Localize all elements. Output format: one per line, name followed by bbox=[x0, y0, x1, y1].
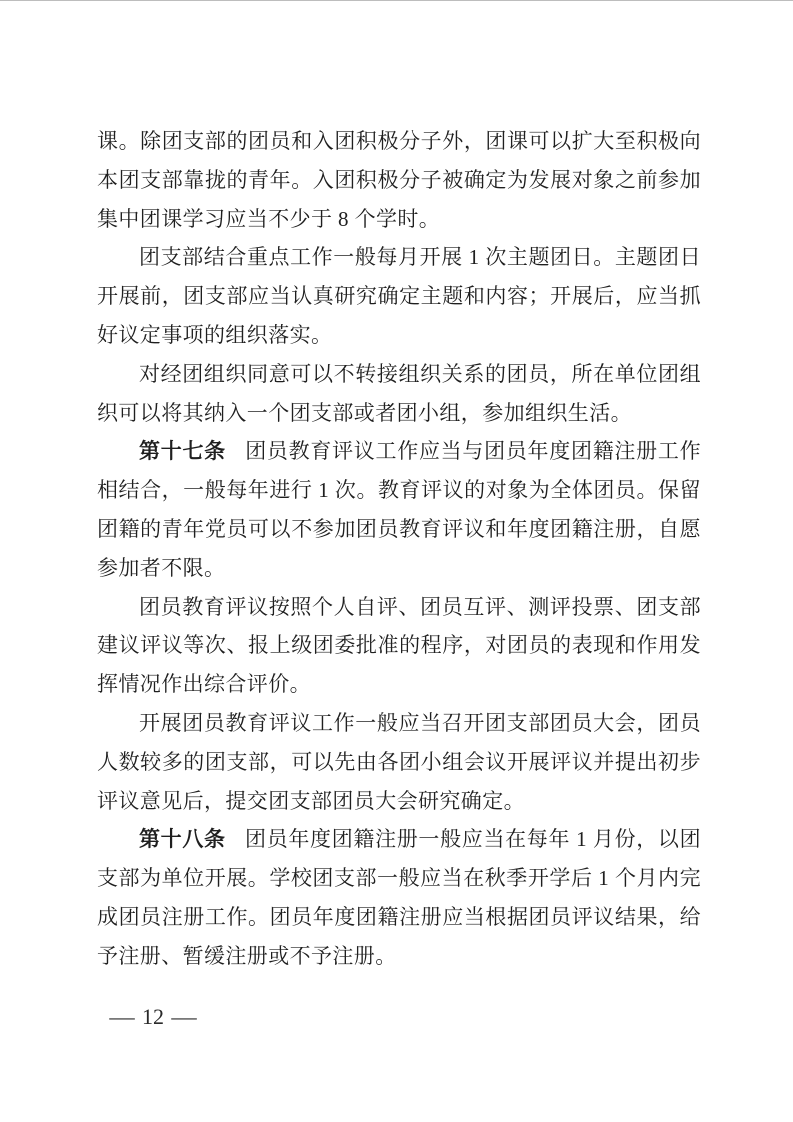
page-footer: — 12 — bbox=[111, 1001, 195, 1033]
article-number: 第十七条 bbox=[139, 439, 245, 463]
scan-edge-artifact bbox=[0, 0, 793, 1]
paragraph-text: 团支部结合重点工作一般每月开展 1 次主题团日。主题团日开展前，团支部应当认真研… bbox=[97, 245, 701, 347]
footer-dash-right: — bbox=[171, 1001, 196, 1033]
paragraph: 团员教育评议按照个人自评、团员互评、测评投票、团支部建议评议等次、报上级团委批准… bbox=[97, 588, 701, 704]
paragraph: 第十七条团员教育评议工作应当与团员年度团籍注册工作相结合，一般每年进行 1 次。… bbox=[97, 432, 701, 587]
paragraph: 团支部结合重点工作一般每月开展 1 次主题团日。主题团日开展前，团支部应当认真研… bbox=[97, 238, 701, 354]
article-number: 第十八条 bbox=[139, 827, 245, 851]
paragraph: 课。除团支部的团员和入团积极分子外，团课可以扩大至积极向本团支部靠拢的青年。入团… bbox=[97, 122, 701, 238]
page-number: 12 bbox=[142, 1001, 164, 1033]
paragraph: 对经团组织同意可以不转接组织关系的团员，所在单位团组织可以将其纳入一个团支部或者… bbox=[97, 355, 701, 433]
paragraph: 第十八条团员年度团籍注册一般应当在每年 1 月份，以团支部为单位开展。学校团支部… bbox=[97, 820, 701, 975]
paragraph: 开展团员教育评议工作一般应当召开团支部团员大会，团员人数较多的团支部，可以先由各… bbox=[97, 704, 701, 820]
page: { "colors": { "background": "#ffffff", "… bbox=[0, 0, 793, 1122]
paragraph-text: 课。除团支部的团员和入团积极分子外，团课可以扩大至积极向本团支部靠拢的青年。入团… bbox=[97, 129, 701, 231]
paragraph-text: 团员教育评议按照个人自评、团员互评、测评投票、团支部建议评议等次、报上级团委批准… bbox=[97, 595, 701, 697]
document-body: 课。除团支部的团员和入团积极分子外，团课可以扩大至积极向本团支部靠拢的青年。入团… bbox=[97, 122, 701, 976]
paragraph-text: 开展团员教育评议工作一般应当召开团支部团员大会，团员人数较多的团支部，可以先由各… bbox=[97, 711, 701, 813]
paragraph-text: 对经团组织同意可以不转接组织关系的团员，所在单位团组织可以将其纳入一个团支部或者… bbox=[97, 362, 701, 425]
footer-dash-left: — bbox=[109, 1001, 134, 1033]
